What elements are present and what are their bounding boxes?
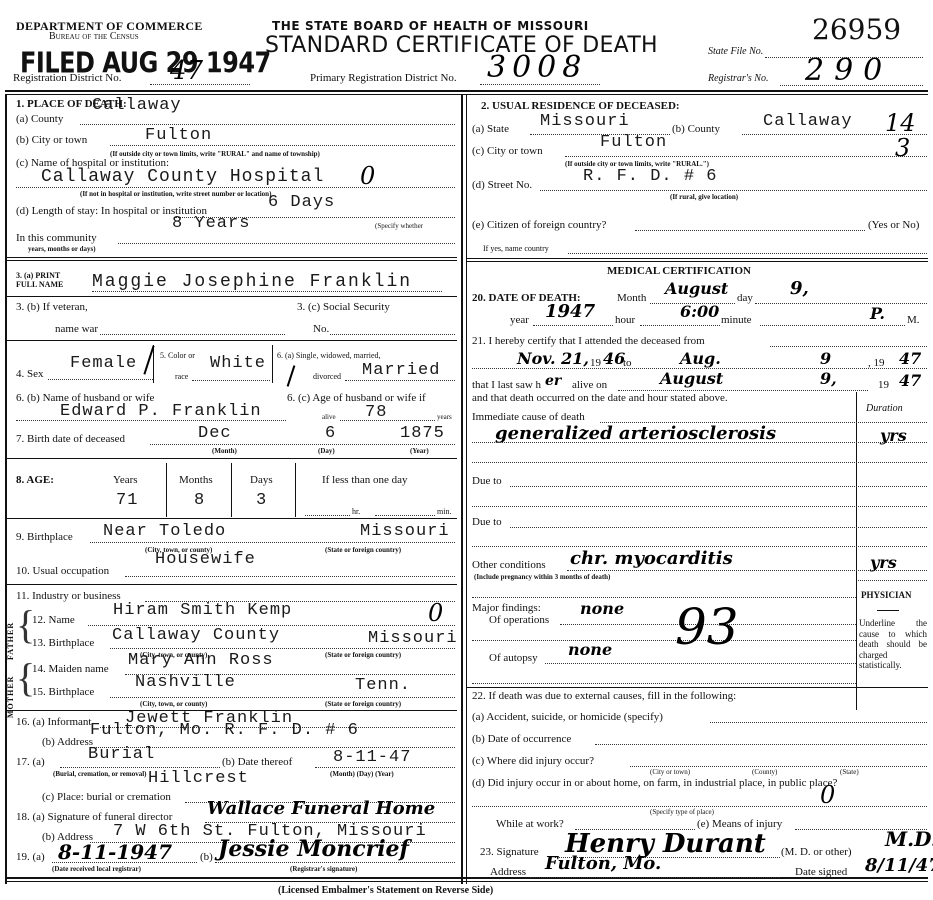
spouse-age-value[interactable]: 78 bbox=[365, 404, 387, 422]
race-label-2: race bbox=[175, 372, 188, 381]
physician-address-value: Fulton, Mo. bbox=[545, 855, 661, 873]
last-saw-label-2: alive on bbox=[572, 379, 607, 391]
hospital-value[interactable]: Callaway County Hospital bbox=[41, 168, 324, 186]
citizen-note: (Yes or No) bbox=[868, 219, 919, 231]
physician-heading: PHYSICIAN bbox=[861, 591, 912, 600]
other-conditions-note: (Include pregnancy within 3 months of de… bbox=[474, 573, 610, 581]
age-hr-label: hr. bbox=[352, 507, 360, 516]
birthplace-city-value[interactable]: Near Toledo bbox=[103, 523, 226, 541]
birthplace-label: 9. Birthplace bbox=[16, 531, 73, 543]
name-label-number: 3. (a) PRINT bbox=[16, 271, 60, 280]
spouse-age-label: 6. (c) Age of husband or wife if bbox=[287, 392, 426, 404]
physician-suffix: M.D. bbox=[885, 830, 933, 848]
death-city-label: (b) City or town bbox=[16, 134, 87, 146]
residence-state-label: (a) State bbox=[472, 123, 509, 135]
last-saw-pronoun: er bbox=[545, 372, 561, 390]
certify-label: 21. I hereby certify that I attended the… bbox=[472, 335, 705, 347]
occupation-label: 10. Usual occupation bbox=[16, 565, 109, 577]
hospital-note: (If not in hospital or institution, writ… bbox=[80, 190, 271, 198]
marital-value[interactable]: Married bbox=[362, 362, 440, 380]
date-signed-value: 8/11/47 bbox=[865, 857, 933, 875]
burial-value[interactable]: Burial bbox=[88, 746, 155, 764]
state-file-number: 26959 bbox=[812, 13, 901, 46]
registration-district-label: Registration District No. bbox=[13, 72, 121, 84]
death-year-value: 1947 bbox=[545, 303, 595, 321]
physician-address-label: Address bbox=[490, 866, 526, 878]
age-months-value[interactable]: 8 bbox=[194, 492, 205, 510]
community-value[interactable]: 8 Years bbox=[172, 215, 250, 233]
certificate-title: STANDARD CERTIFICATE OF DEATH bbox=[265, 33, 658, 58]
attended-from-value: Nov. 21, bbox=[517, 350, 589, 368]
residence-city-label: (c) City or town bbox=[472, 145, 543, 157]
mother-birthplace-state[interactable]: Tenn. bbox=[355, 677, 411, 695]
burial-date-value[interactable]: 8-11-47 bbox=[333, 749, 411, 767]
death-day-label: day bbox=[737, 292, 753, 304]
attended-to-year: 47 bbox=[899, 350, 921, 368]
other-conditions-label: Other conditions bbox=[472, 559, 546, 571]
age-years-label: Years bbox=[113, 474, 138, 486]
external-d-note: (Specify type of place) bbox=[650, 808, 714, 816]
birth-date-label: 7. Birth date of deceased bbox=[16, 433, 125, 445]
attended-from-year: 46 bbox=[603, 350, 625, 368]
reverse-side-footer: (Licensed Embalmer's Statement on Revers… bbox=[278, 886, 493, 895]
country-label: If yes, name country bbox=[483, 244, 549, 253]
marital-label-2: divorced bbox=[313, 372, 341, 381]
registrar-date-value: 8-11-1947 bbox=[58, 843, 172, 861]
last-saw-label: that I last saw h bbox=[472, 379, 541, 391]
immediate-cause-value: generalized arteriosclerosis bbox=[495, 425, 776, 443]
marital-label: 6. (a) Single, widowed, married, bbox=[277, 351, 381, 360]
age-years-value[interactable]: 71 bbox=[116, 492, 138, 510]
burial-date-note: (Month) (Day) (Year) bbox=[330, 770, 394, 778]
race-label: 5. Color or bbox=[160, 351, 195, 360]
birth-month-value[interactable]: Dec bbox=[198, 425, 232, 443]
residence-city-code: 3 bbox=[895, 135, 910, 161]
death-minute-label: minute bbox=[721, 314, 752, 326]
operations-value: none bbox=[580, 600, 624, 618]
age-less-label: If less than one day bbox=[322, 474, 408, 486]
age-label: 8. AGE: bbox=[16, 474, 54, 486]
community-label: In this community bbox=[16, 232, 97, 244]
social-security-no-label: No. bbox=[313, 323, 329, 335]
father-name-mark: 0 bbox=[428, 600, 443, 626]
age-days-label: Days bbox=[250, 474, 273, 486]
mother-maiden-label: 14. Maiden name bbox=[32, 663, 109, 675]
registrar-number-label: Registrar's No. bbox=[708, 73, 768, 85]
hospital-mark: 0 bbox=[360, 163, 375, 189]
informant-address-label: (b) Address bbox=[42, 736, 93, 748]
registrar-signature-label: (b) bbox=[200, 851, 213, 863]
external-c-label: (c) Where did injury occur? bbox=[472, 755, 594, 767]
veteran-war-label: name war bbox=[55, 323, 98, 335]
residence-county-code: 14 bbox=[885, 110, 916, 136]
birth-year-value[interactable]: 1875 bbox=[400, 425, 445, 443]
full-name-value[interactable]: Maggie Josephine Franklin bbox=[92, 273, 412, 291]
attended-to-value: Aug. bbox=[680, 350, 721, 368]
primary-district-label: Primary Registration District No. bbox=[310, 72, 457, 84]
medical-heading: MEDICAL CERTIFICATION bbox=[607, 265, 751, 277]
autopsy-label: Of autopsy bbox=[489, 652, 538, 664]
occupation-value[interactable]: Housewife bbox=[155, 551, 256, 569]
death-county-value[interactable]: Callaway bbox=[92, 97, 182, 115]
mother-maiden-value[interactable]: Mary Ann Ross bbox=[128, 652, 274, 670]
immediate-cause-label: Immediate cause of death bbox=[472, 411, 585, 423]
social-security-label: 3. (c) Social Security bbox=[297, 301, 390, 313]
attended-from-year-prefix: 19 bbox=[590, 357, 601, 369]
birth-month-note: (Month) bbox=[212, 447, 237, 455]
residence-state-value[interactable]: Missouri bbox=[540, 113, 630, 131]
veteran-label: 3. (b) If veteran, bbox=[16, 301, 88, 313]
spouse-age-unit: years bbox=[437, 413, 452, 421]
duration-label: Duration bbox=[866, 404, 903, 413]
death-day-value: 9, bbox=[790, 280, 809, 298]
birth-day-note: (Day) bbox=[318, 447, 335, 455]
death-hour-value: 6:00 bbox=[680, 303, 719, 321]
burial-note: (Burial, cremation, or removal) bbox=[53, 770, 147, 778]
attended-to-label: to bbox=[623, 357, 632, 369]
community-note: years, months or days) bbox=[28, 245, 96, 253]
autopsy-value: none bbox=[568, 641, 612, 659]
residence-street-value[interactable]: R. F. D. # 6 bbox=[583, 168, 717, 186]
father-birthplace-label: 13. Birthplace bbox=[32, 637, 94, 649]
birthplace-state-value[interactable]: Missouri bbox=[360, 523, 450, 541]
other-conditions-value: chr. myocarditis bbox=[570, 550, 733, 568]
residence-heading: 2. USUAL RESIDENCE OF DECEASED: bbox=[481, 100, 680, 112]
father-birthplace-state[interactable]: Missouri bbox=[368, 630, 458, 648]
external-c-note-city: (City or town) bbox=[650, 768, 690, 776]
md-note: (M. D. or other) bbox=[781, 846, 852, 858]
registrar-signature-note: (Registrar's signature) bbox=[290, 865, 357, 873]
death-month-value: August bbox=[665, 280, 728, 298]
father-side-label: FATHER bbox=[6, 622, 15, 660]
last-saw-year: 47 bbox=[899, 372, 921, 390]
residence-city-value[interactable]: Fulton bbox=[600, 134, 667, 152]
marital-check-mark bbox=[287, 365, 296, 387]
death-county-label: (a) County bbox=[16, 113, 63, 125]
death-ampm-value: P. bbox=[870, 305, 885, 323]
mother-birthplace-label: 15. Birthplace bbox=[32, 686, 94, 698]
date-signed-label: Date signed bbox=[795, 866, 847, 878]
last-saw-day: 9, bbox=[820, 370, 837, 388]
mother-city-note: (City, town, or county) bbox=[140, 700, 207, 708]
external-b-label: (b) Date of occurrence bbox=[472, 733, 571, 745]
mother-state-note: (State or foreign country) bbox=[325, 700, 401, 708]
registrar-date-note: (Date received local registrar) bbox=[52, 865, 141, 873]
father-name-label: 12. Name bbox=[32, 614, 75, 626]
external-c-note-county: (County) bbox=[752, 768, 777, 776]
primary-district-value: 3008 bbox=[487, 55, 587, 81]
birth-year-note: (Year) bbox=[410, 447, 429, 455]
physician-note: Underline the cause to which death shoul… bbox=[859, 618, 927, 671]
death-city-value[interactable]: Fulton bbox=[145, 127, 212, 145]
external-c-note-state: (State) bbox=[840, 768, 859, 776]
citizen-label: (e) Citizen of foreign country? bbox=[472, 219, 606, 231]
last-saw-year-prefix: 19 bbox=[878, 379, 889, 391]
registrar-date-label: 19. (a) bbox=[16, 851, 45, 863]
death-ampm-suffix: M. bbox=[907, 314, 920, 326]
operations-label: Of operations bbox=[489, 614, 549, 626]
attended-to-year-prefix: , 19 bbox=[868, 357, 885, 369]
mother-side-label: MOTHER bbox=[6, 676, 15, 718]
major-findings-label: Major findings: bbox=[472, 602, 541, 614]
stay-hospital-value[interactable]: 6 Days bbox=[268, 194, 335, 212]
death-month-label: Month bbox=[617, 292, 646, 304]
mother-birthplace-city[interactable]: Nashville bbox=[135, 674, 236, 692]
board-label: THE STATE BOARD OF HEALTH OF MISSOURI bbox=[272, 19, 589, 33]
physician-signature-label: 23. Signature bbox=[480, 846, 539, 858]
industry-label: 11. Industry or business bbox=[16, 590, 121, 602]
other-duration-value: yrs bbox=[870, 554, 897, 572]
spouse-name-value[interactable]: Edward P. Franklin bbox=[60, 403, 262, 421]
death-statement: and that death occurred on the date and … bbox=[472, 392, 728, 404]
registrar-signature: Jessie Moncrief bbox=[218, 840, 409, 858]
funeral-director-signature: Wallace Funeral Home bbox=[207, 800, 435, 818]
name-label: FULL NAME bbox=[16, 280, 63, 289]
informant-address-value[interactable]: Fulton, Mo. R. F. D. # 6 bbox=[90, 722, 359, 740]
registrar-number-value: 290 bbox=[805, 58, 892, 84]
father-birthplace-city[interactable]: Callaway County bbox=[112, 627, 280, 645]
burial-place-value[interactable]: Hillcrest bbox=[148, 770, 249, 788]
father-name-value[interactable]: Hiram Smith Kemp bbox=[113, 602, 292, 620]
death-hour-label: hour bbox=[615, 314, 635, 326]
age-days-value[interactable]: 3 bbox=[256, 492, 267, 510]
birthplace-state-note: (State or foreign country) bbox=[325, 546, 401, 554]
residence-street-label: (d) Street No. bbox=[472, 179, 532, 191]
residence-county-label: (b) County bbox=[672, 123, 720, 135]
residence-county-value[interactable]: Callaway bbox=[763, 113, 853, 131]
registration-district-value: 47 bbox=[170, 58, 203, 84]
stay-note: (Specify whether bbox=[375, 222, 423, 230]
sex-label: 4. Sex bbox=[16, 368, 44, 380]
informant-label: 16. (a) Informant bbox=[16, 716, 91, 728]
residence-street-note: (If rural, give location) bbox=[670, 193, 738, 201]
last-saw-value: August bbox=[660, 370, 723, 388]
bureau-label: Bureau of the Census bbox=[49, 31, 139, 42]
due-to-label-1: Due to bbox=[472, 475, 502, 487]
spouse-age-alive: alive bbox=[322, 413, 336, 421]
age-min-label: min. bbox=[437, 507, 451, 516]
due-to-label-2: Due to bbox=[472, 516, 502, 528]
age-months-label: Months bbox=[179, 474, 213, 486]
death-year-label: year bbox=[510, 314, 529, 326]
burial-date-label: (b) Date thereof bbox=[222, 756, 292, 768]
external-heading: 22. If death was due to external causes,… bbox=[472, 690, 736, 702]
father-state-note: (State or foreign country) bbox=[325, 651, 401, 659]
state-file-label: State File No. bbox=[708, 46, 763, 58]
sex-value[interactable]: Female bbox=[70, 355, 137, 373]
burial-place-label: (c) Place: burial or cremation bbox=[42, 791, 171, 803]
attended-to-day: 9 bbox=[820, 350, 831, 368]
external-a-label: (a) Accident, suicide, or homicide (spec… bbox=[472, 711, 663, 723]
external-d-label: (d) Did injury occur in or about home, o… bbox=[472, 777, 837, 789]
coding-mark: 93 bbox=[675, 602, 739, 652]
burial-label: 17. (a) bbox=[16, 756, 45, 768]
birth-day-value[interactable]: 6 bbox=[325, 425, 336, 443]
while-at-work-label: While at work? bbox=[496, 818, 564, 830]
external-d-mark: 0 bbox=[820, 782, 835, 808]
race-value[interactable]: White bbox=[210, 355, 266, 373]
